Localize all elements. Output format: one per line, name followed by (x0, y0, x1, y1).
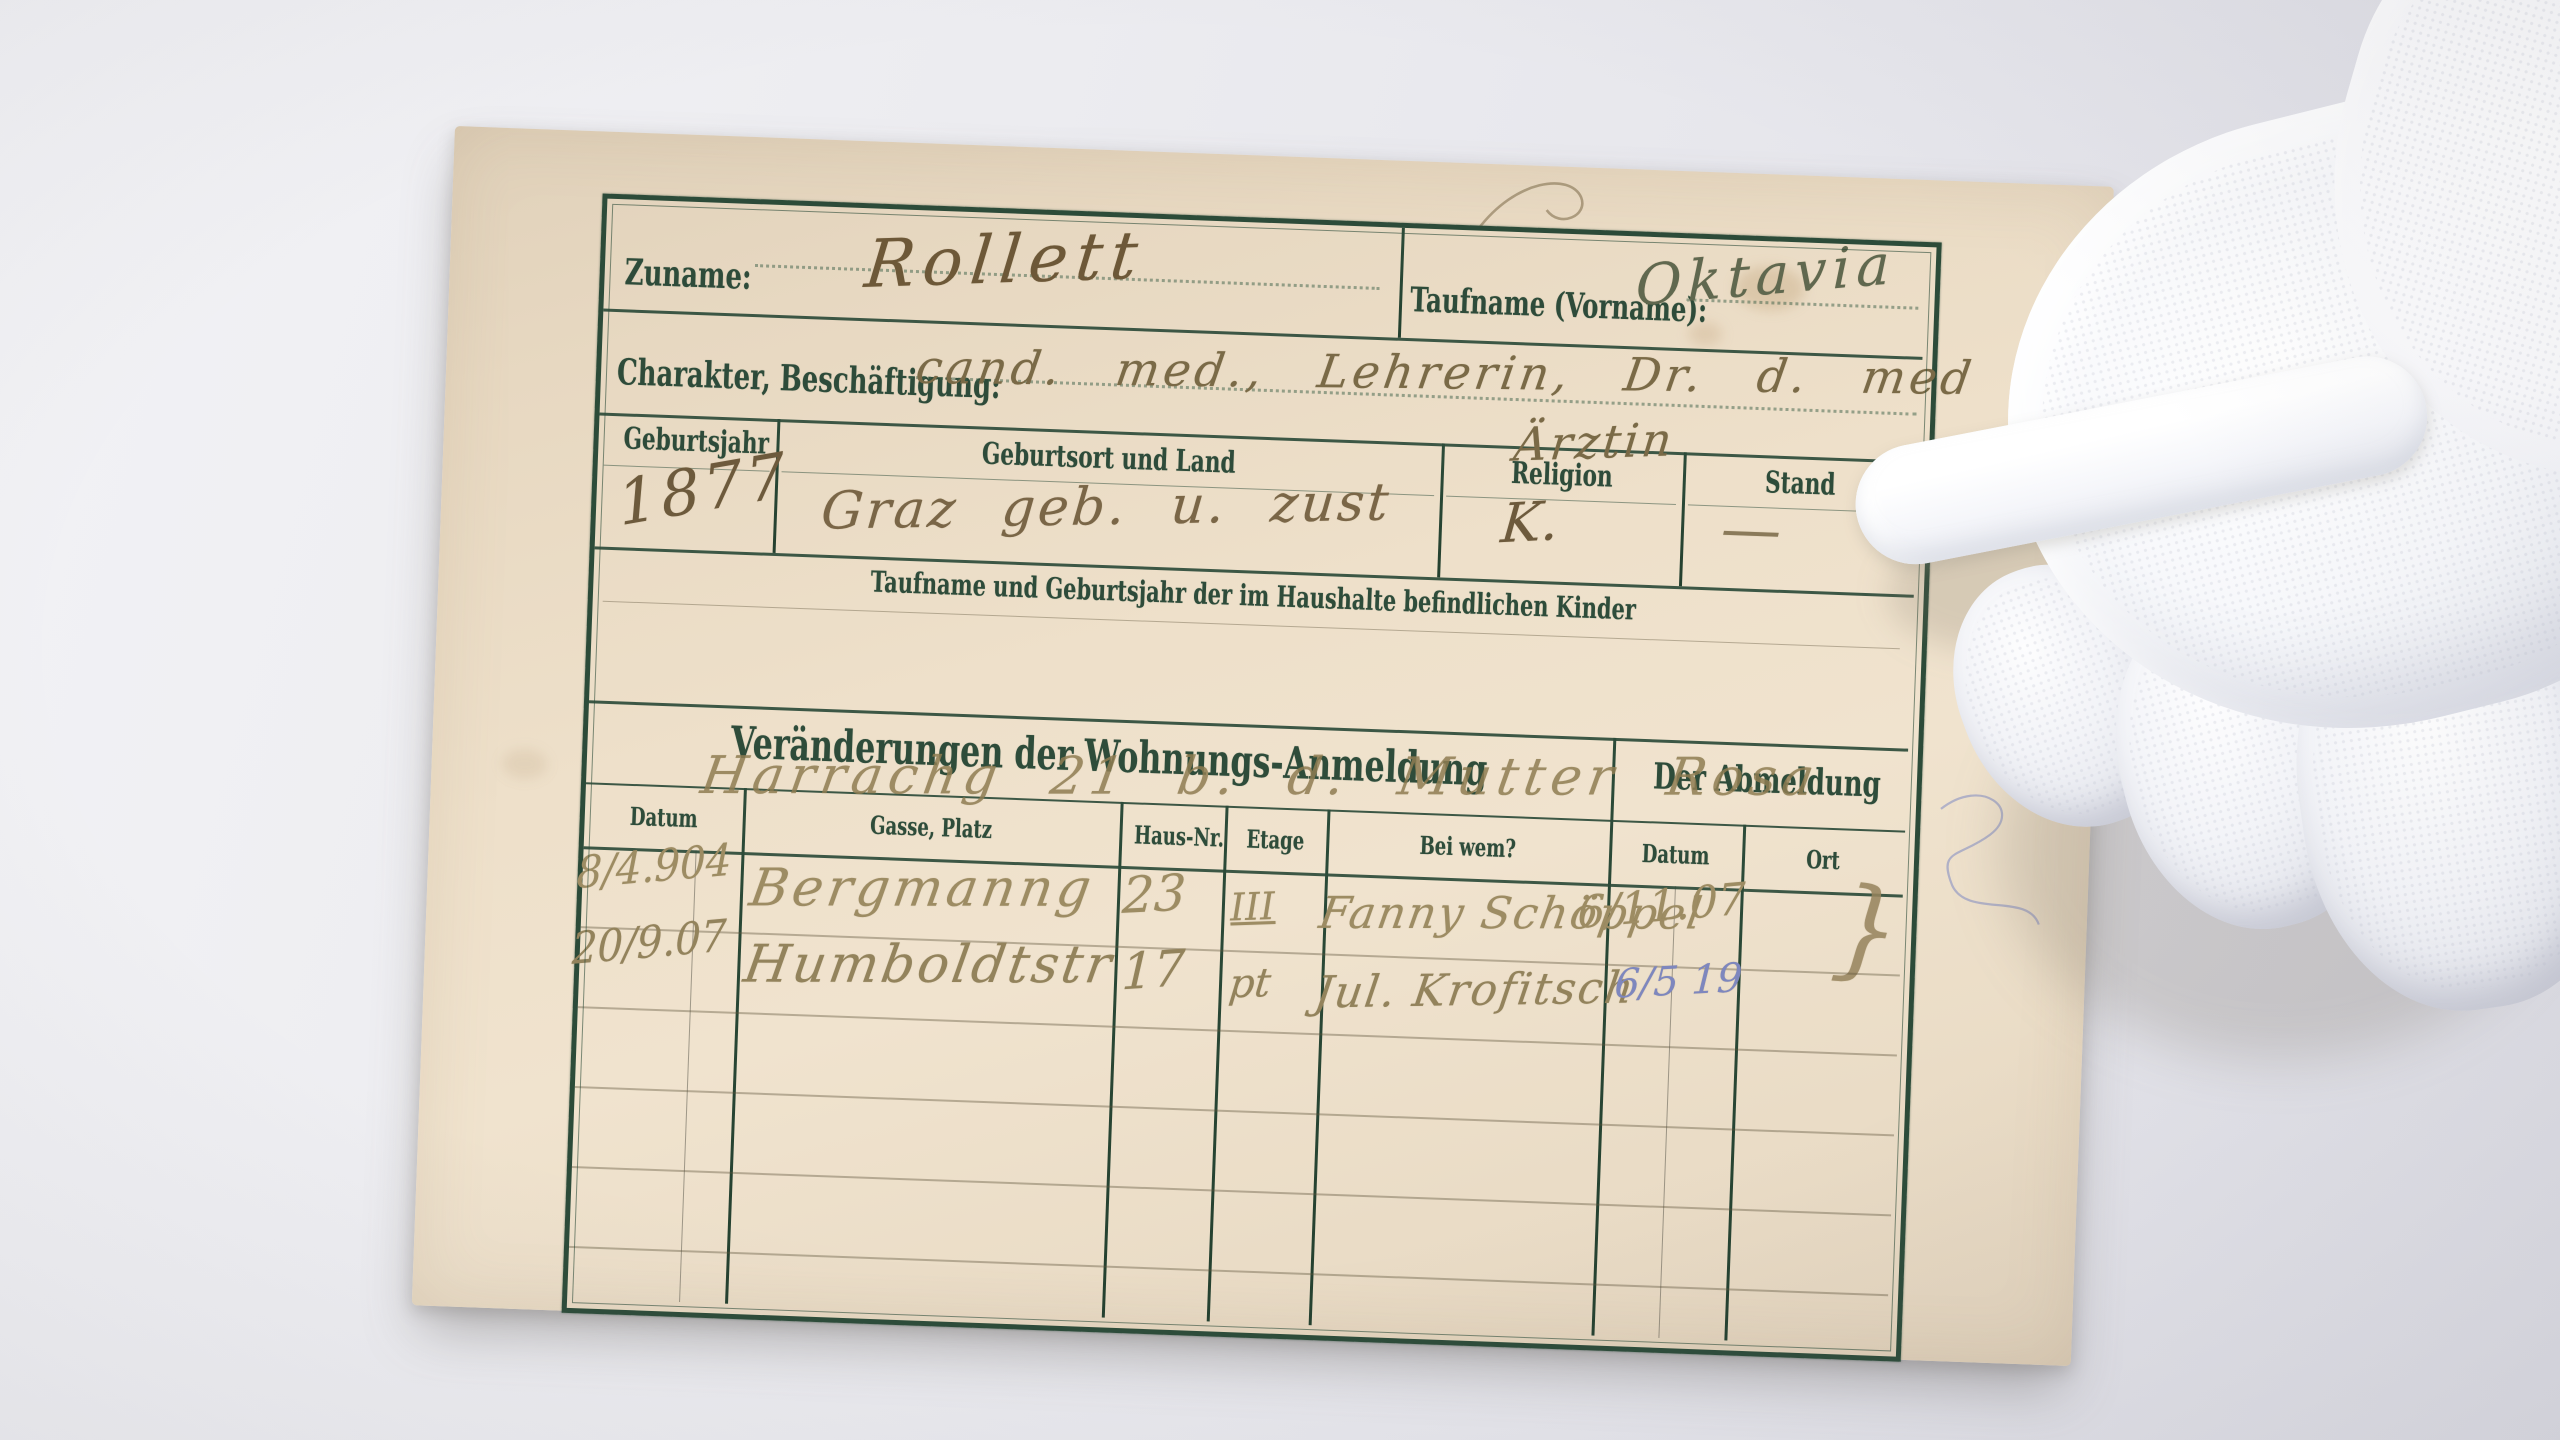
col-beiwem: Bei wem? (1365, 829, 1570, 865)
row2-etage: pt (1227, 960, 1274, 1008)
cell-divider (1437, 443, 1445, 577)
row2-beiwem: Jul. Krofitsch (1311, 962, 1638, 1018)
col-hausnr: Haus-Nr. (1134, 820, 1211, 852)
religion-handwriting: K. (1498, 489, 1561, 555)
column-divider (1309, 809, 1331, 1325)
row2-abm-datum: 6/5 19 (1613, 955, 1743, 1008)
row2-datum: 20/9.07 (571, 910, 727, 975)
geburtsort-handwriting: Graz geb. u. zust (819, 473, 1394, 542)
charakter-handwriting-2: Ärztin (1511, 412, 1677, 472)
row1-etage: III (1229, 884, 1275, 929)
ruled-line (572, 1166, 1891, 1216)
zuname-handwriting: Rollett (861, 216, 1149, 303)
row2-gasse: Humboldtstr (740, 935, 1119, 996)
cell-divider (1591, 738, 1616, 1336)
row1-datum: 8/4.904 (576, 835, 732, 900)
col-gasse: Gasse, Platz (795, 808, 1067, 847)
ruled-line (569, 1246, 1888, 1296)
row1-hausnr: 23 (1121, 863, 1188, 924)
column-divider (1102, 802, 1124, 1318)
form-border: Zuname: Rollett Taufname (Vorname): Okta… (562, 193, 1942, 1361)
ruled-line (578, 1006, 1897, 1056)
row2-hausnr: 17 (1121, 939, 1187, 1002)
col-abm-datum: Datum (1627, 838, 1724, 870)
row1-gasse: Bergmanng (746, 858, 1099, 919)
sub-divider (1658, 886, 1676, 1338)
zuname-label: Zuname: (624, 251, 752, 298)
table-annotation-handwriting: Harrachg 21 b. d. Mutter Rosa (697, 746, 1824, 808)
column-divider (1207, 806, 1229, 1322)
registration-card-paper: Zuname: Rollett Taufname (Vorname): Okta… (412, 126, 2114, 1366)
charakter-handwriting: cand. med., Lehrerin, Dr. d. med (913, 340, 1979, 405)
wrist (2263, 0, 2560, 531)
hand-shadow (2000, 630, 2560, 1060)
col-datum: Datum (606, 801, 721, 834)
foxing-stain (501, 748, 548, 780)
cell-divider (1398, 228, 1405, 338)
stand-handwriting: — (1720, 494, 1783, 566)
cell-divider (1679, 452, 1687, 586)
photo-scene: Zuname: Rollett Taufname (Vorname): Okta… (0, 0, 2560, 1440)
col-etage: Etage (1238, 824, 1312, 856)
ruled-line (575, 1086, 1894, 1136)
